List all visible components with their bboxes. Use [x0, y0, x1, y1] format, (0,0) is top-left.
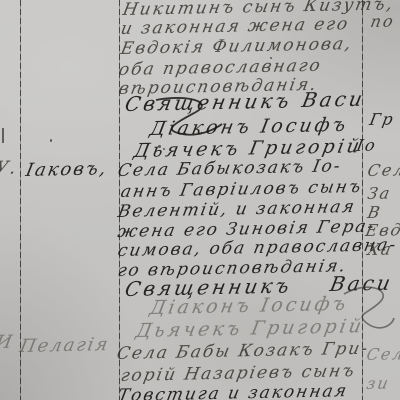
noise-speck [163, 148, 165, 150]
right-column-fragment: Іо [355, 136, 379, 155]
right-column-fragment: Гр [368, 109, 396, 129]
priest-name-fragment: Васи [300, 87, 367, 112]
child-name: Іаковъ, [24, 158, 110, 181]
sexton-signature: Дьячекъ Григорій [134, 315, 366, 342]
noise-speck [270, 57, 272, 59]
noise-speck [50, 139, 52, 142]
right-column-fragment: Сел [365, 344, 400, 364]
deacon-signature: Діаконъ Іосифъ [148, 293, 350, 319]
right-column-fragment: зи [365, 373, 392, 393]
right-column-fragment: по [369, 11, 397, 31]
right-column-fragment: Ха [366, 239, 395, 259]
ink-flourish-paraph [338, 284, 396, 340]
right-column-fragment: Сел [366, 160, 400, 180]
metric-book-scan: Никитинъ сынъ Кизутъ, и законная жена ег… [0, 0, 400, 400]
child-name: Пелагія [18, 334, 111, 357]
right-column-fragment: Евд [364, 220, 400, 240]
margin-number-fragment: У. [0, 157, 20, 179]
right-column-fragment: В [366, 203, 383, 222]
noise-speck [158, 145, 161, 148]
handwritten-line: Села Бабы Козакъ Гри- [115, 339, 371, 364]
right-column-fragment: За [366, 183, 393, 203]
margin-number-fragment: И [0, 332, 16, 353]
ink-smudge [2, 128, 4, 143]
